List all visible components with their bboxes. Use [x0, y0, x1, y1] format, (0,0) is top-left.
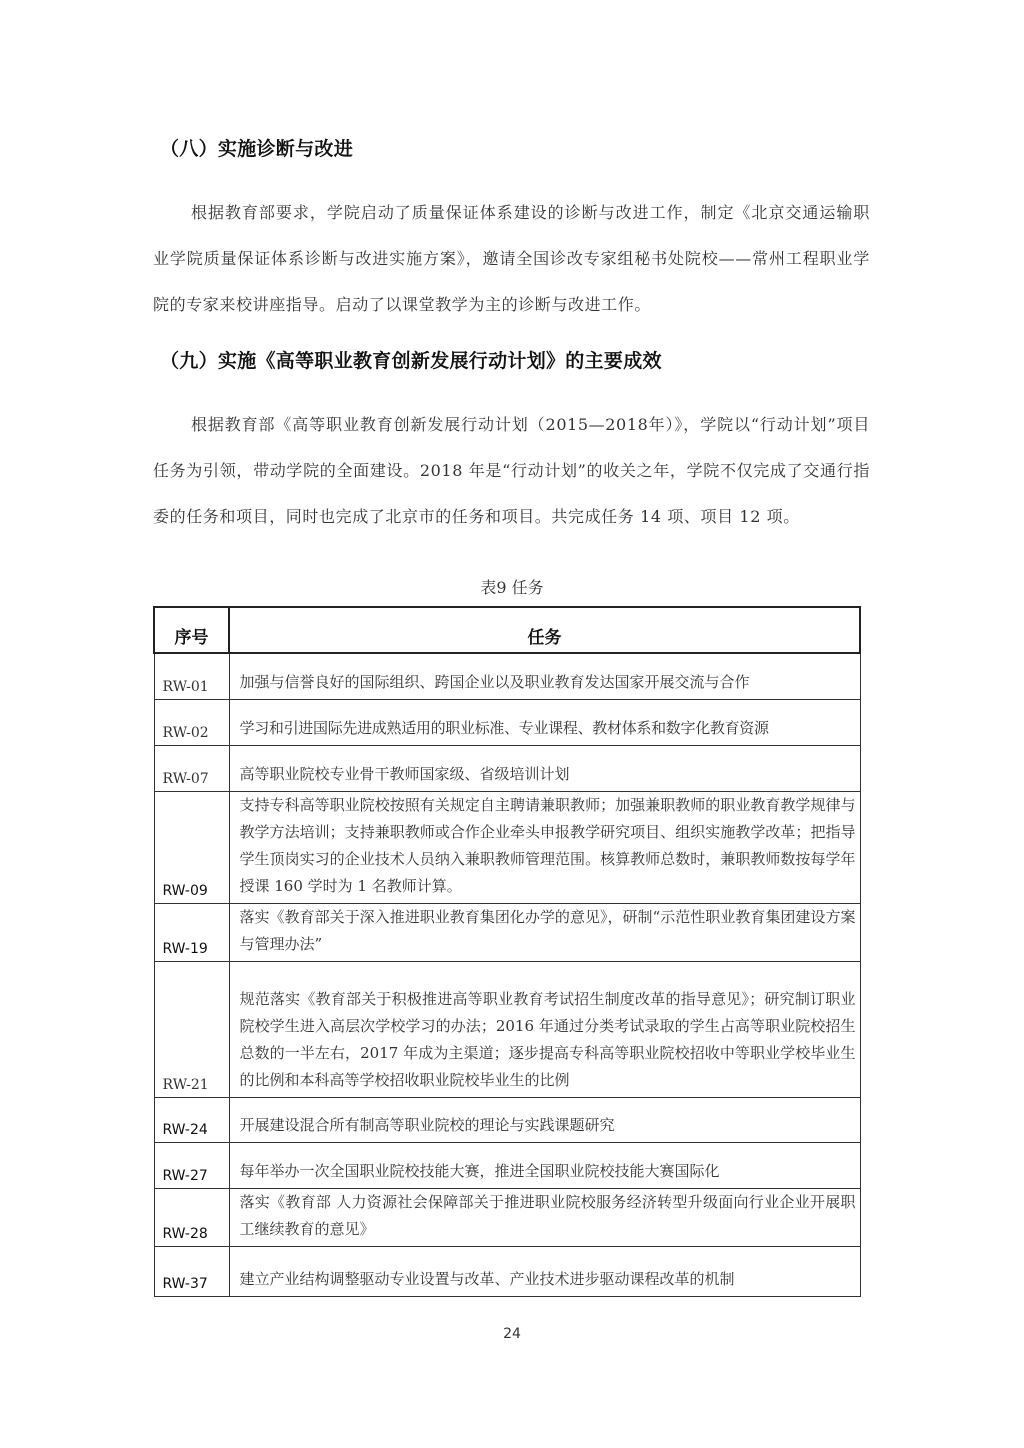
page-number: 24 — [0, 1326, 1024, 1342]
row-task: 每年举办一次全国职业院校技能大赛，推进全国职业院校技能大赛国际化 — [229, 1142, 860, 1188]
header-id: 序号 — [154, 607, 229, 653]
table-row: RW-19 落实《教育部关于深入推进职业教育集团化办学的意见》，研制“示范性职业… — [154, 903, 860, 961]
section-8-heading: （八）实施诊断与改进 — [160, 134, 353, 161]
table-row: RW-24 开展建设混合所有制高等职业院校的理论与实践课题研究 — [154, 1097, 860, 1142]
table-row: RW-07 高等职业院校专业骨干教师国家级、省级培训计划 — [154, 745, 860, 791]
section-9-paragraph: 根据教育部《高等职业教育创新发展行动计划（2015—2018年）》，学院以“行动… — [153, 402, 870, 540]
row-id: RW-21 — [154, 961, 229, 1097]
table-caption: 表9 任务 — [0, 575, 1024, 598]
row-id: RW-27 — [154, 1142, 229, 1188]
row-task: 落实《教育部 人力资源社会保障部关于推进职业院校服务经济转型升级面向行业企业开展… — [229, 1188, 860, 1246]
row-task: 落实《教育部关于深入推进职业教育集团化办学的意见》，研制“示范性职业教育集团建设… — [229, 903, 860, 961]
table-row: RW-02 学习和引进国际先进成熟适用的职业标准、专业课程、教材体系和数字化教育… — [154, 699, 860, 745]
table-row: RW-01 加强与信誉良好的国际组织、跨国企业以及职业教育发达国家开展交流与合作 — [154, 653, 860, 699]
row-task: 规范落实《教育部关于积极推进高等职业教育考试招生制度改革的指导意见》；研究制订职… — [229, 961, 860, 1097]
row-task: 高等职业院校专业骨干教师国家级、省级培训计划 — [229, 745, 860, 791]
header-task: 任务 — [229, 607, 860, 653]
row-task: 支持专科高等职业院校按照有关规定自主聘请兼职教师；加强兼职教师的职业教育教学规律… — [229, 791, 860, 903]
row-id: RW-37 — [154, 1246, 229, 1296]
tasks-table: 序号 任务 RW-01 加强与信誉良好的国际组织、跨国企业以及职业教育发达国家开… — [153, 606, 861, 1297]
row-id: RW-09 — [154, 791, 229, 903]
row-task: 加强与信誉良好的国际组织、跨国企业以及职业教育发达国家开展交流与合作 — [229, 653, 860, 699]
row-id: RW-02 — [154, 699, 229, 745]
row-id: RW-24 — [154, 1097, 229, 1142]
row-task: 学习和引进国际先进成熟适用的职业标准、专业课程、教材体系和数字化教育资源 — [229, 699, 860, 745]
table-header-row: 序号 任务 — [154, 607, 860, 653]
section-9-heading: （九）实施《高等职业教育创新发展行动计划》的主要成效 — [160, 346, 662, 373]
row-task: 建立产业结构调整驱动专业设置与改革、产业技术进步驱动课程改革的机制 — [229, 1246, 860, 1296]
table-row: RW-09 支持专科高等职业院校按照有关规定自主聘请兼职教师；加强兼职教师的职业… — [154, 791, 860, 903]
row-id: RW-28 — [154, 1188, 229, 1246]
table-row: RW-28 落实《教育部 人力资源社会保障部关于推进职业院校服务经济转型升级面向… — [154, 1188, 860, 1246]
row-id: RW-01 — [154, 653, 229, 699]
row-id: RW-19 — [154, 903, 229, 961]
table-row: RW-37 建立产业结构调整驱动专业设置与改革、产业技术进步驱动课程改革的机制 — [154, 1246, 860, 1296]
row-id: RW-07 — [154, 745, 229, 791]
table-row: RW-21 规范落实《教育部关于积极推进高等职业教育考试招生制度改革的指导意见》… — [154, 961, 860, 1097]
section-8-paragraph: 根据教育部要求，学院启动了质量保证体系建设的诊断与改进工作，制定《北京交通运输职… — [153, 190, 870, 328]
table-row: RW-27 每年举办一次全国职业院校技能大赛，推进全国职业院校技能大赛国际化 — [154, 1142, 860, 1188]
row-task: 开展建设混合所有制高等职业院校的理论与实践课题研究 — [229, 1097, 860, 1142]
